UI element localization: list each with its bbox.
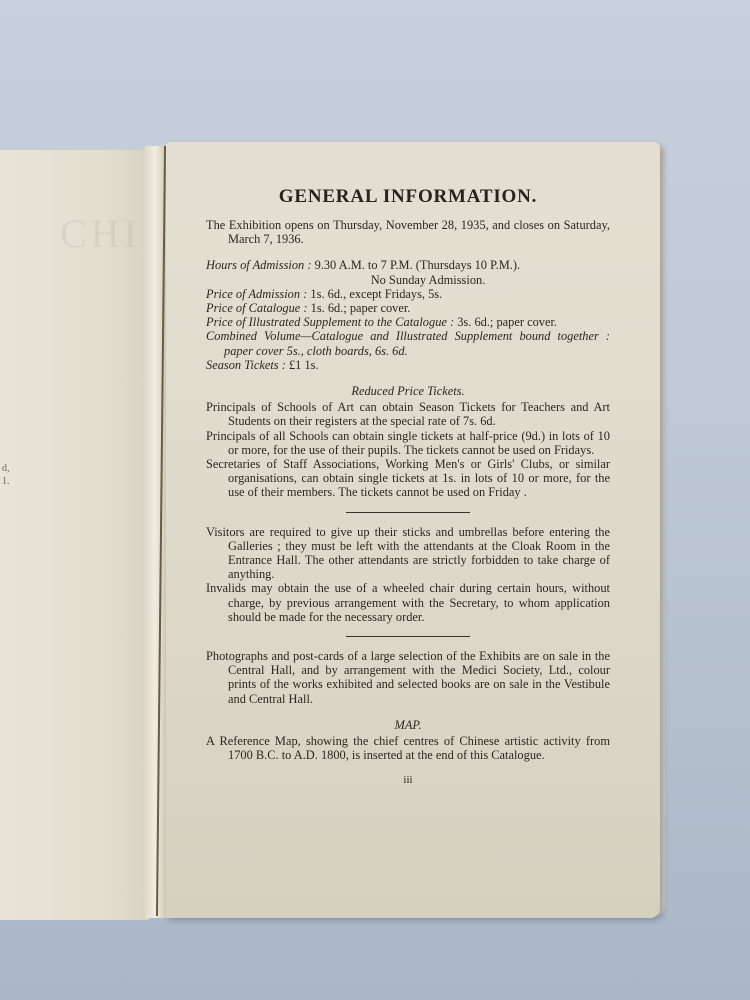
price-of-supplement: Price of Illustrated Supplement to the C… bbox=[206, 315, 610, 329]
left-page-show-through-text: CHI bbox=[60, 210, 141, 257]
left-page bbox=[0, 150, 150, 920]
visitors-notice: Visitors are required to give up their s… bbox=[206, 525, 610, 582]
photographs-notice: Photographs and post-cards of a large se… bbox=[206, 649, 610, 706]
season-tickets: Season Tickets : £1 1s. bbox=[206, 358, 610, 372]
map-heading: MAP. bbox=[206, 718, 610, 732]
section-divider bbox=[346, 636, 470, 637]
reduced-price-heading: Reduced Price Tickets. bbox=[206, 384, 610, 398]
no-sunday-note: No Sunday Admission. bbox=[246, 273, 610, 287]
hours-of-admission: Hours of Admission : 9.30 A.M. to 7 P.M.… bbox=[206, 258, 610, 272]
left-mark: 1. bbox=[2, 475, 10, 488]
price-admission-label: Price of Admission : bbox=[206, 287, 307, 301]
reduced-associations: Secretaries of Staff Associations, Worki… bbox=[206, 457, 610, 500]
page-number: iii bbox=[206, 773, 610, 787]
price-supplement-label: Price of Illustrated Supplement to the C… bbox=[206, 315, 454, 329]
exhibition-dates: The Exhibition opens on Thursday, Novemb… bbox=[206, 218, 610, 246]
page-title: GENERAL INFORMATION. bbox=[206, 186, 610, 208]
price-catalogue-label: Price of Catalogue : bbox=[206, 301, 308, 315]
map-text: A Reference Map, showing the chief centr… bbox=[206, 734, 610, 762]
page-content: GENERAL INFORMATION. The Exhibition open… bbox=[206, 186, 610, 798]
combined-volume: Combined Volume—Catalogue and Illustrate… bbox=[206, 329, 610, 357]
price-admission-value: 1s. 6d., except Fridays, 5s. bbox=[310, 287, 442, 301]
season-tickets-value: £1 1s. bbox=[289, 358, 319, 372]
season-tickets-label: Season Tickets : bbox=[206, 358, 286, 372]
reduced-all-schools: Principals of all Schools can obtain sin… bbox=[206, 429, 610, 457]
price-of-admission: Price of Admission : 1s. 6d., except Fri… bbox=[206, 287, 610, 301]
price-of-catalogue: Price of Catalogue : 1s. 6d.; paper cove… bbox=[206, 301, 610, 315]
invalids-notice: Invalids may obtain the use of a wheeled… bbox=[206, 581, 610, 624]
section-divider bbox=[346, 512, 470, 513]
reduced-art-schools: Principals of Schools of Art can obtain … bbox=[206, 400, 610, 428]
price-supplement-value: 3s. 6d.; paper cover. bbox=[457, 315, 557, 329]
hours-label: Hours of Admission : bbox=[206, 258, 311, 272]
hours-value: 9.30 A.M. to 7 P.M. (Thursdays 10 P.M.). bbox=[315, 258, 521, 272]
admission-info: Hours of Admission : 9.30 A.M. to 7 P.M.… bbox=[206, 258, 610, 372]
left-page-edge-marks: d, 1. bbox=[2, 462, 10, 488]
left-mark: d, bbox=[2, 462, 10, 475]
price-catalogue-value: 1s. 6d.; paper cover. bbox=[311, 301, 411, 315]
